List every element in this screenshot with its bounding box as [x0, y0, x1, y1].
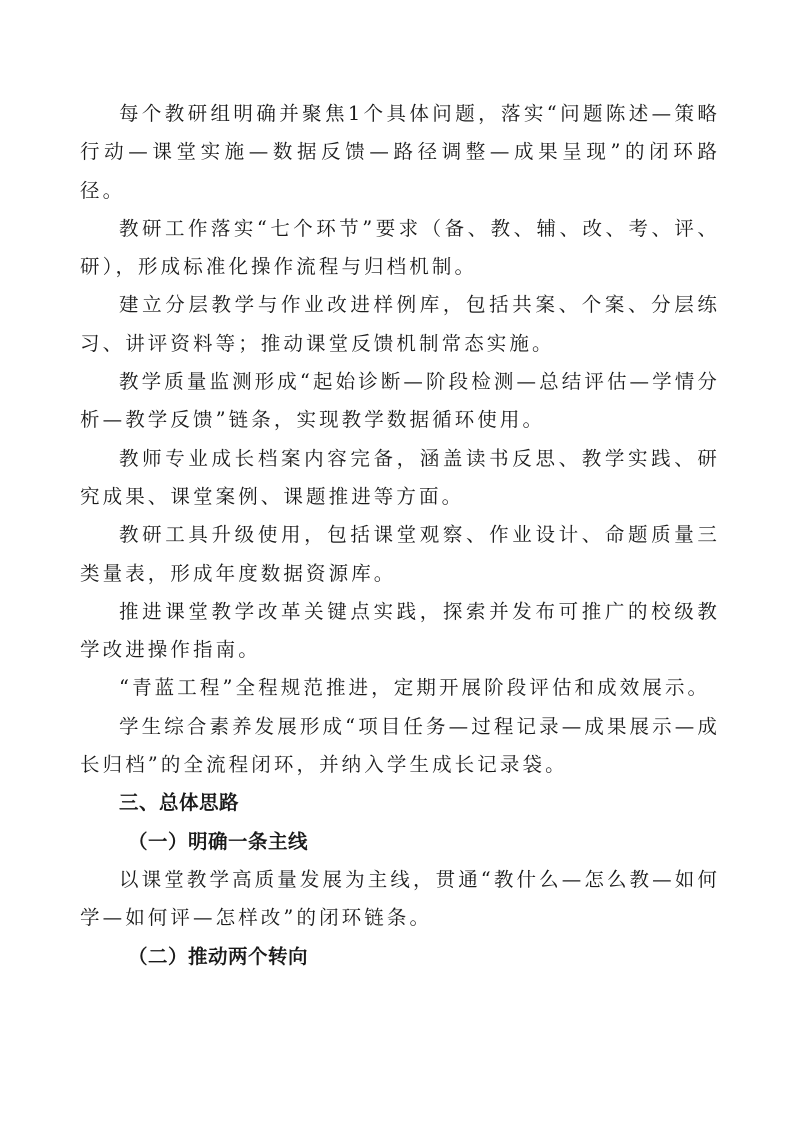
paragraph-classroom-reform: 推进课堂教学改革关键点实践，探索并发布可推广的校级教学改进操作指南。: [80, 593, 720, 670]
paragraph-problem-loop: 每个教研组明确并聚焦1个具体问题，落实“问题陈述—策略行动—课堂实施—数据反馈—…: [80, 95, 720, 210]
section-heading-overall-approach: 三、总体思路: [80, 784, 720, 822]
subsection-heading-main-line: （一）明确一条主线: [80, 823, 720, 861]
paragraph-layered-teaching: 建立分层教学与作业改进样例库，包括共案、个案、分层练习、讲评资料等；推动课堂反馈…: [80, 286, 720, 363]
paragraph-seven-steps: 教研工作落实“七个环节”要求（备、教、辅、改、考、评、研），形成标准化操作流程与…: [80, 210, 720, 287]
paragraph-teacher-growth: 教师专业成长档案内容完备，涵盖读书反思、教学实践、研究成果、课堂案例、课题推进等…: [80, 440, 720, 517]
paragraph-main-line: 以课堂教学高质量发展为主线，贯通“教什么—怎么教—如何学—如何评—怎样改”的闭环…: [80, 861, 720, 938]
paragraph-student-literacy: 学生综合素养发展形成“项目任务—过程记录—成果展示—成长归档”的全流程闭环，并纳…: [80, 708, 720, 785]
subsection-heading-two-shifts: （二）推动两个转向: [80, 938, 720, 976]
paragraph-research-tools: 教研工具升级使用，包括课堂观察、作业设计、命题质量三类量表，形成年度数据资源库。: [80, 516, 720, 593]
paragraph-qinglan-project: “青蓝工程”全程规范推进，定期开展阶段评估和成效展示。: [80, 669, 720, 707]
paragraph-quality-monitoring: 教学质量监测形成“起始诊断—阶段检测—总结评估—学情分析—教学反馈”链条，实现教…: [80, 363, 720, 440]
document-page: 每个教研组明确并聚焦1个具体问题，落实“问题陈述—策略行动—课堂实施—数据反馈—…: [80, 95, 720, 976]
